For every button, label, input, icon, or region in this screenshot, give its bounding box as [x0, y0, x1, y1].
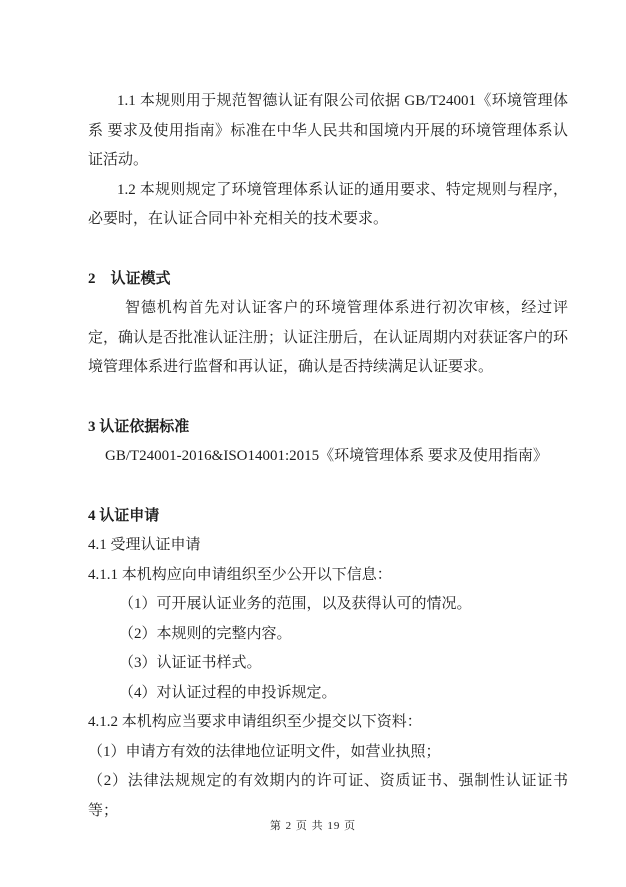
clause-4-1-2-item-1: （1）申请方有效的法律地位证明文件，如营业执照；: [88, 738, 568, 768]
clause-4-1: 4.1 受理认证申请: [88, 531, 568, 561]
paragraph-1-2: 1.2 本规则规定了环境管理体系认证的通用要求、特定规则与程序，必要时，在认证合…: [88, 176, 568, 235]
document-page: 1.1 本规则用于规范智德认证有限公司依据 GB/T24001《环境管理体系 要…: [0, 0, 626, 887]
section-4-heading: 4 认证申请: [88, 502, 568, 532]
section-3-heading: 3 认证依据标准: [88, 413, 568, 443]
clause-4-1-1-item-4: （4）对认证过程的申投诉规定。: [88, 679, 568, 709]
paragraph-1-1: 1.1 本规则用于规范智德认证有限公司依据 GB/T24001《环境管理体系 要…: [88, 87, 568, 176]
clause-4-1-1: 4.1.1 本机构应向申请组织至少公开以下信息：: [88, 561, 568, 591]
clause-4-1-2-item-2: （2）法律法规规定的有效期内的许可证、资质证书、强制性认证证书等；: [88, 767, 568, 826]
clause-4-1-2: 4.1.2 本机构应当要求申请组织至少提交以下资料：: [88, 708, 568, 738]
section-2-heading: 2 认证模式: [88, 265, 568, 295]
page-footer: 第 2 页 共 19 页: [0, 819, 626, 833]
section-2-paragraph: 智德机构首先对认证客户的环境管理体系进行初次审核，经过评定，确认是否批准认证注册…: [88, 294, 568, 383]
clause-4-1-1-item-2: （2）本规则的完整内容。: [88, 620, 568, 650]
page-number-label: 第 2 页 共 19 页: [270, 820, 356, 832]
section-3-standard-line: GB/T24001-2016&ISO14001:2015《环境管理体系 要求及使…: [88, 442, 568, 472]
clause-4-1-1-item-1: （1）可开展认证业务的范围，以及获得认可的情况。: [88, 590, 568, 620]
clause-4-1-1-item-3: （3）认证证书样式。: [88, 649, 568, 679]
document-body: 1.1 本规则用于规范智德认证有限公司依据 GB/T24001《环境管理体系 要…: [88, 87, 568, 826]
